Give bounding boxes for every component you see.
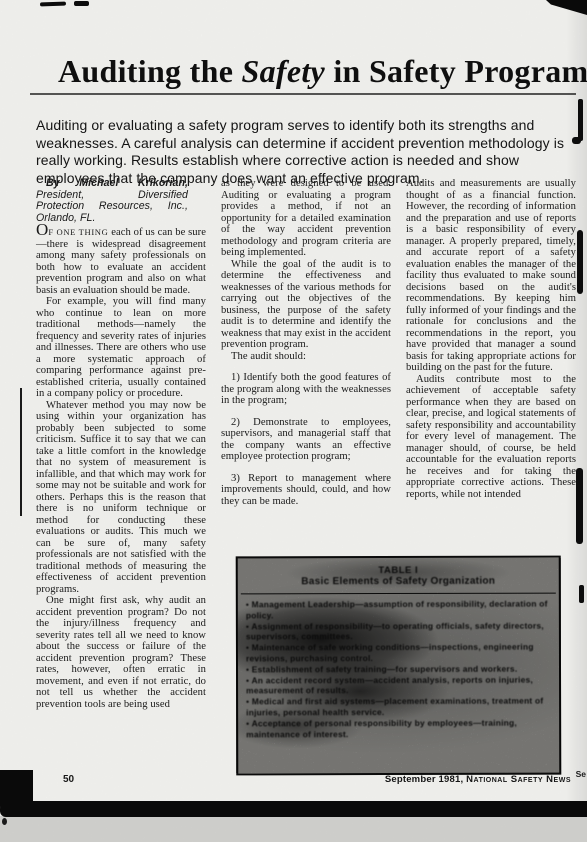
footer-date: September 1981, (385, 774, 466, 785)
paragraph: OF ONE THING each of us can be sure—ther… (36, 224, 206, 296)
scan-artifact-right-edge (578, 99, 583, 141)
table-item: Acceptance of personal responsibility by… (246, 717, 551, 739)
scan-background-strip (0, 816, 587, 842)
paragraph: Audits contribute most to the achievemen… (406, 374, 576, 501)
scan-artifact-right-edge (579, 585, 584, 603)
page-edge-shade (566, 0, 587, 842)
table-item: Maintenance of safe working conditions—i… (246, 642, 551, 664)
scan-artifact-dot (2, 818, 7, 825)
footer-credit: September 1981, National Safety News (385, 774, 571, 785)
table-header: TABLE I Basic Elements of Safety Organiz… (238, 558, 559, 588)
scan-artifact-top-dash (74, 1, 89, 6)
scan-artifact-right-edge (577, 230, 583, 294)
page-bottom-corner (0, 770, 33, 814)
byline: By Michael Krikorian, President, Diversi… (36, 178, 188, 224)
table-item: Medical and first aid systems—placement … (246, 696, 551, 718)
scan-artifact-left-line (20, 388, 22, 516)
paragraph: The audit should: (221, 351, 391, 363)
table-items: Management Leadership—assumption of resp… (238, 594, 559, 740)
table-item: Assignment of responsibility—to operatin… (246, 620, 551, 642)
article-title: Auditing the Safety in Safety Programs (58, 53, 578, 90)
lead-smallcaps: F ONE THING (48, 227, 108, 237)
paragraph-text: each of us can be sure—there is widespre… (36, 227, 206, 296)
table-item: Establishment of safety training—for sup… (246, 663, 551, 675)
title-post: in Safety Programs (325, 53, 587, 89)
scan-artifact-top-dash (40, 2, 66, 7)
byline-author: By Michael Krikorian, (46, 177, 188, 189)
numbered-item: 2) Demonstrate to employees, supervisors… (221, 417, 391, 463)
title-pre: Auditing the (58, 53, 242, 89)
footer-publication: National Safety News (466, 774, 571, 785)
page-number: 50 (63, 774, 74, 785)
lead-initial: O (36, 220, 48, 239)
scanned-page: Auditing the Safety in Safety Programs A… (0, 0, 587, 842)
paragraph: Audits and measurements are usually thou… (406, 178, 576, 374)
scan-artifact-right-edge (576, 468, 583, 544)
table-1: TABLE I Basic Elements of Safety Organiz… (236, 556, 562, 776)
paragraph: For example, you will find many who cont… (36, 296, 206, 400)
table-item: An accident record system—accident analy… (246, 674, 551, 696)
table-title: Basic Elements of Safety Organization (238, 576, 559, 588)
numbered-item: 3) Report to management where improvemen… (221, 473, 391, 508)
paragraph: One might first ask, why audit an accide… (36, 595, 206, 710)
deck-top-rule (30, 93, 576, 95)
numbered-item: 1) Identify both the good features of th… (221, 372, 391, 407)
paragraph: Whatever method you may now be using wit… (36, 400, 206, 596)
title-italic-word: Safety (242, 53, 326, 89)
page-bottom-edge-band (0, 801, 587, 817)
table-item: Management Leadership—assumption of resp… (246, 599, 551, 621)
byline-titles: President, Diversified Protection Resour… (36, 189, 188, 224)
table-label: TABLE I (238, 565, 559, 577)
paragraph: While the goal of the audit is to determ… (221, 259, 391, 351)
paragraph: as they were designed to be used. Auditi… (221, 178, 391, 259)
scan-artifact-right-edge (572, 137, 581, 144)
column-1: By Michael Krikorian, President, Diversi… (36, 178, 206, 710)
